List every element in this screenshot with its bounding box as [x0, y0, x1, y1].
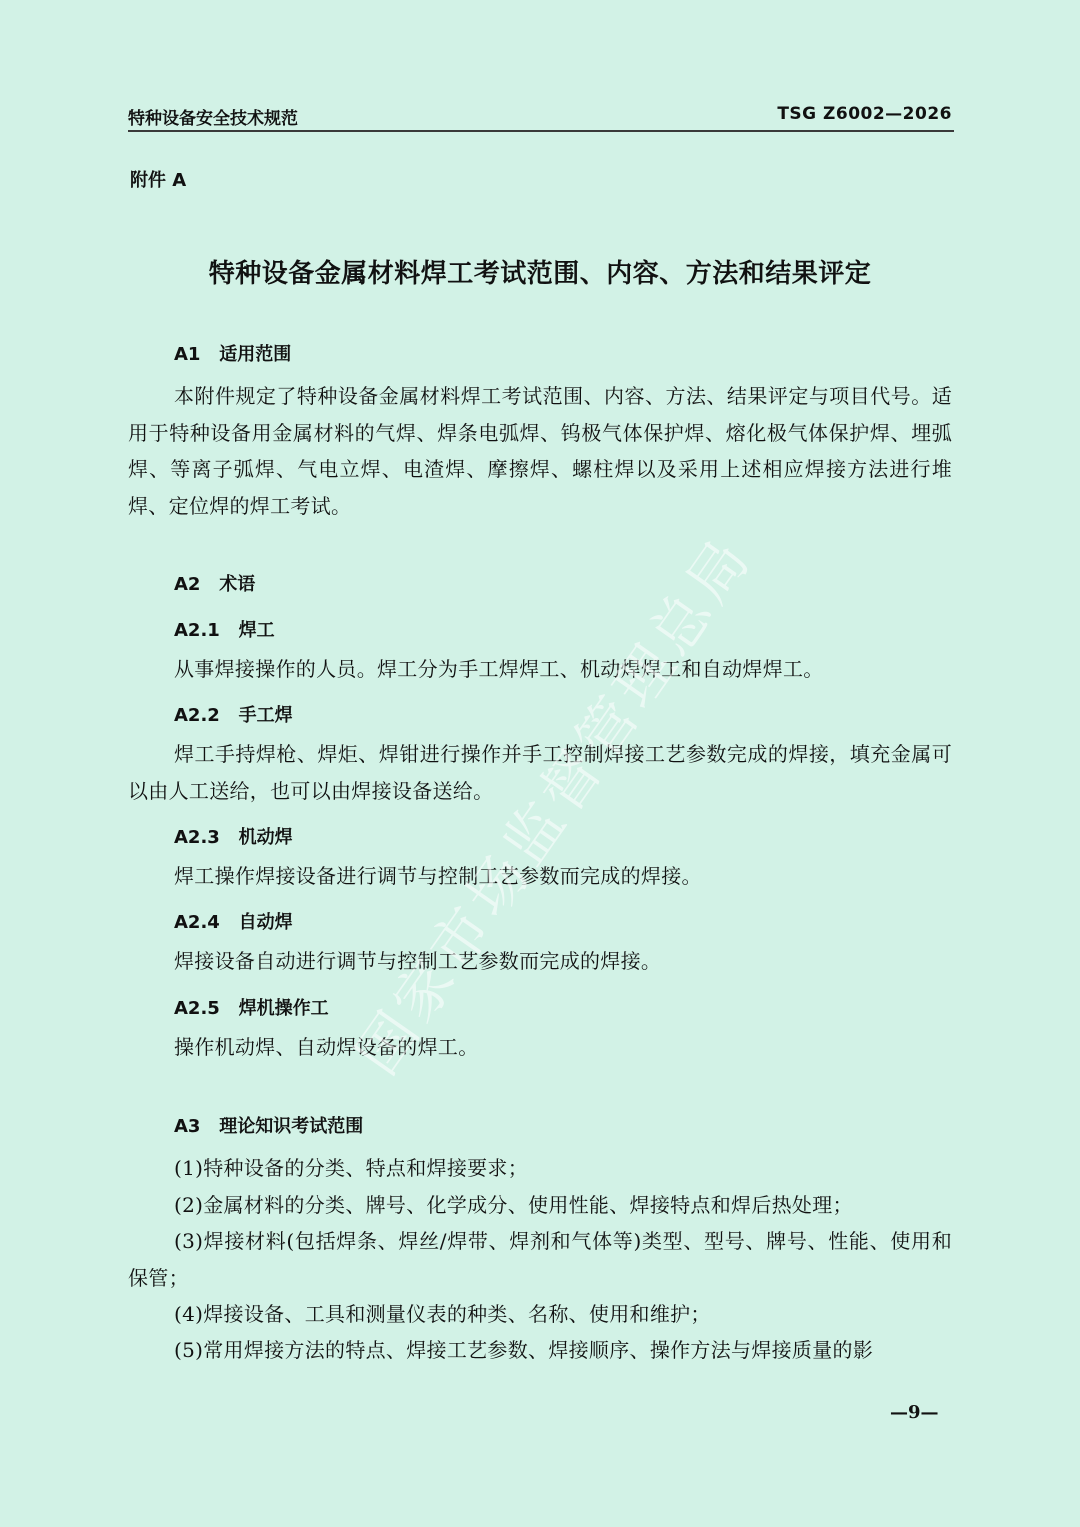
term-a2-2-body: 焊工手持焊枪、焊炬、焊钳进行操作并手工控制焊接工艺参数完成的焊接，填充金属可以由…: [128, 736, 952, 809]
annex-label: 附件 A: [130, 166, 186, 192]
section-a1-heading: A1 适用范围: [174, 340, 291, 366]
page-number: —9—: [890, 1402, 939, 1423]
term-a2-4-heading: A2.4 自动焊: [174, 908, 293, 934]
term-a2-1-body: 从事焊接操作的人员。焊工分为手工焊焊工、机动焊焊工和自动焊焊工。: [174, 651, 954, 688]
a3-list-item-5: (5)常用焊接方法的特点、焊接工艺参数、焊接顺序、操作方法与焊接质量的影: [128, 1332, 952, 1369]
term-a2-5-body: 操作机动焊、自动焊设备的焊工。: [174, 1029, 954, 1066]
term-a2-4-body: 焊接设备自动进行调节与控制工艺参数而完成的焊接。: [174, 943, 954, 980]
term-a2-1-heading: A2.1 焊工: [174, 616, 275, 642]
term-a2-3-body: 焊工操作焊接设备进行调节与控制工艺参数而完成的焊接。: [174, 858, 954, 895]
a3-list-item-2: (2)金属材料的分类、牌号、化学成分、使用性能、焊接特点和焊后热处理；: [128, 1187, 952, 1224]
header-doc-code: TSG Z6002—2026: [777, 104, 952, 124]
a3-list-item-4: (4)焊接设备、工具和测量仪表的种类、名称、使用和维护；: [128, 1296, 952, 1333]
a3-list-item-3: (3)焊接材料(包括焊条、焊丝/焊带、焊剂和气体等)类型、型号、牌号、性能、使用…: [128, 1223, 952, 1296]
a3-list-item-1: (1)特种设备的分类、特点和焊接要求；: [128, 1150, 952, 1187]
section-a1-body: 本附件规定了特种设备金属材料焊工考试范围、内容、方法、结果评定与项目代号。适用于…: [128, 378, 952, 524]
document-title: 特种设备金属材料焊工考试范围、内容、方法和结果评定: [0, 253, 1080, 290]
term-a2-5-heading: A2.5 焊机操作工: [174, 994, 329, 1020]
header-spec-name: 特种设备安全技术规范: [128, 104, 298, 129]
page-header: 特种设备安全技术规范 TSG Z6002—2026: [128, 104, 954, 132]
term-a2-3-heading: A2.3 机动焊: [174, 823, 293, 849]
term-a2-2-heading: A2.2 手工焊: [174, 701, 293, 727]
section-a3-heading: A3 理论知识考试范围: [174, 1112, 363, 1138]
section-a2-heading: A2 术语: [174, 570, 255, 596]
